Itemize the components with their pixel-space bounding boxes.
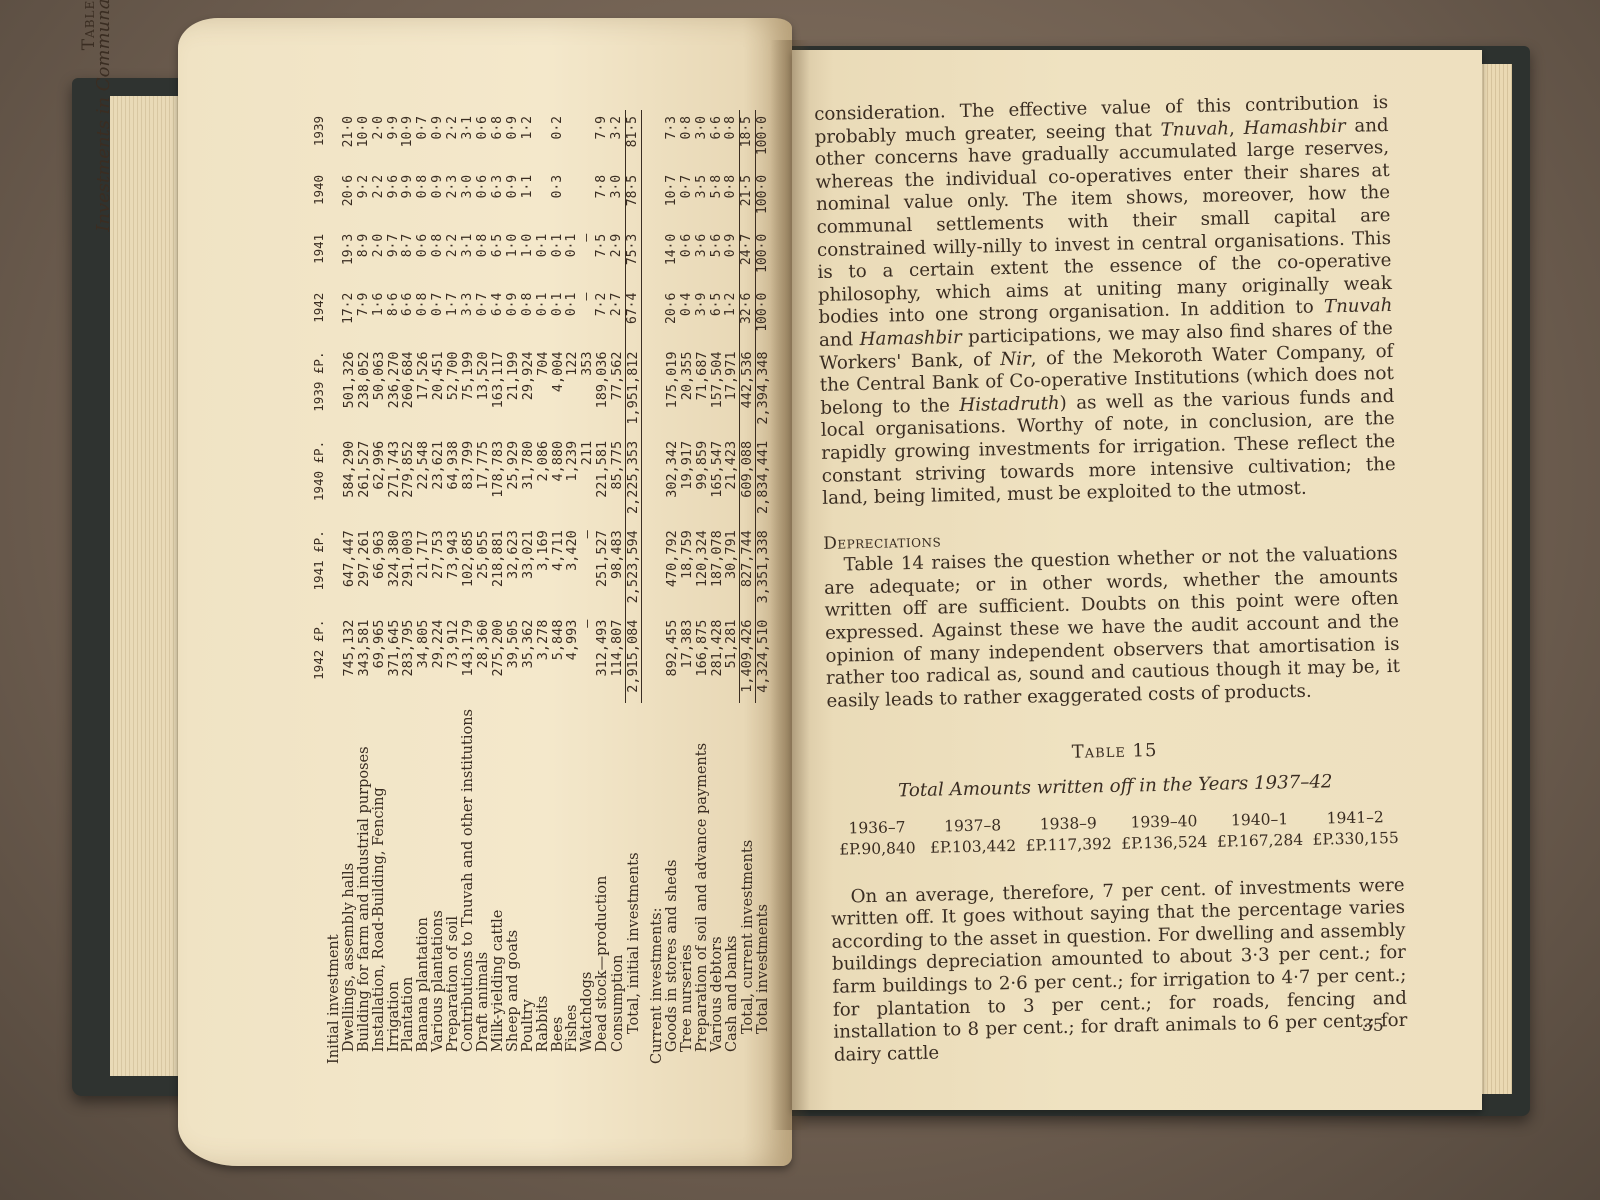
amount-cell: 22,548 — [416, 435, 431, 524]
amount-cell: 371,645 — [387, 614, 402, 703]
amount-cell: 4,880 — [551, 435, 566, 524]
amount-cell: 29,224 — [431, 614, 446, 703]
percent-cell — [327, 110, 342, 169]
italic-term: Hamashbir — [1243, 115, 1345, 138]
amount-cell: 283,795 — [401, 614, 416, 703]
amount-cell: 3,278 — [536, 614, 551, 703]
row-label: Preparation of soil and advance payments — [695, 703, 710, 1070]
percent-cell: 0·8 — [724, 110, 739, 169]
amount-cell: 19,917 — [680, 435, 695, 524]
percent-cell: — — [580, 228, 595, 287]
percent-cell: 7·3 — [665, 110, 680, 169]
amount-cell: 2,394,348 — [756, 346, 771, 435]
amount-cell: 98,483 — [610, 524, 625, 613]
amount-cell: 17,383 — [680, 614, 695, 703]
amount-cell: 30,791 — [724, 524, 739, 613]
table-row: Initial investment — [327, 110, 342, 1070]
amount-cell: 501,326 — [342, 346, 357, 435]
amount-cell: 271,743 — [387, 435, 402, 524]
percent-cell — [650, 228, 665, 287]
table-14: Table 14 Investments in Communal Settlem… — [312, 110, 782, 1070]
percent-cell: 9·9 — [401, 169, 416, 228]
amount-cell: 189,036 — [595, 346, 610, 435]
page-edges-left — [110, 96, 180, 1076]
percent-cell: 3·0 — [610, 169, 625, 228]
percent-cell: 0·8 — [416, 169, 431, 228]
table-14-title: Investments in Communal Settlements, 193… — [97, 0, 112, 310]
percent-cell: 0·1 — [536, 287, 551, 346]
percent-cell: 100·0 — [756, 228, 771, 287]
amount-cell: 609,088 — [740, 435, 756, 524]
amount-cell — [650, 346, 665, 435]
amount-cell: 291,003 — [401, 524, 416, 613]
amount-cell: 166,875 — [695, 614, 710, 703]
amount-cell: 17,971 — [724, 346, 739, 435]
amount-cell: 175,019 — [665, 346, 680, 435]
amount-cell: 178,783 — [491, 435, 506, 524]
row-label: Poultry — [521, 703, 536, 1070]
percent-cell: 1·2 — [724, 287, 739, 346]
amount-cell: 745,132 — [342, 614, 357, 703]
paragraph-2: Table 14 raises the question whether or … — [823, 543, 1400, 713]
amount-cell: 143,179 — [461, 614, 476, 703]
percent-cell — [327, 287, 342, 346]
table-row: Preparation of soil and advance payments… — [695, 110, 710, 1070]
percent-cell: 0·8 — [521, 287, 536, 346]
percent-cell — [580, 110, 595, 169]
table-row: Rabbits3,2783,1692,0867040·10·1 — [536, 110, 551, 1070]
amount-cell: 892,455 — [665, 614, 680, 703]
percent-cell: 32·6 — [740, 287, 756, 346]
amount-cell: 4,004 — [551, 346, 566, 435]
percent-cell — [580, 169, 595, 228]
percent-cell: 67·4 — [626, 287, 642, 346]
table-row: Contributions to Tnuvah and other instit… — [461, 110, 476, 1070]
percent-cell: 2·0 — [372, 228, 387, 287]
percent-cell: — — [580, 287, 595, 346]
amount-cell — [650, 524, 665, 613]
amount-cell: 17,775 — [476, 435, 491, 524]
percent-cell: 8·7 — [401, 228, 416, 287]
amount-cell: 18,759 — [680, 524, 695, 613]
amount-cell: 353 — [580, 346, 595, 435]
table-row: Goods in stores and sheds892,455470,7923… — [665, 110, 680, 1070]
percent-cell: 8·6 — [387, 287, 402, 346]
percent-cell: 1·7 — [446, 287, 461, 346]
amount-cell: 73,943 — [446, 524, 461, 613]
percent-cell: 17·2 — [342, 287, 357, 346]
table-15-year: 1940–1 — [1212, 808, 1308, 831]
table-15-number: Table 15 — [827, 735, 1401, 770]
amount-cell: 279,852 — [401, 435, 416, 524]
col-header: 1941 £P. — [312, 524, 327, 613]
amount-cell: 5,848 — [551, 614, 566, 703]
amount-cell: 64,938 — [446, 435, 461, 524]
book-gutter — [770, 40, 810, 1130]
amount-cell: 163,117 — [491, 346, 506, 435]
amount-cell: 75,199 — [461, 346, 476, 435]
amount-cell: 236,270 — [387, 346, 402, 435]
amount-cell: — — [580, 614, 595, 703]
amount-cell: 442,536 — [740, 346, 756, 435]
percent-cell: 0·7 — [416, 110, 431, 169]
table-row: Various debtors281,428187,078165,547157,… — [710, 110, 725, 1070]
amount-cell: 99,859 — [695, 435, 710, 524]
amount-cell: 1,951,812 — [626, 346, 642, 435]
amount-cell: 25,055 — [476, 524, 491, 613]
row-label: Preparation of soil — [446, 703, 461, 1070]
amount-cell: 647,447 — [342, 524, 357, 613]
amount-cell: 218,881 — [491, 524, 506, 613]
amount-cell — [327, 614, 342, 703]
col-header: 1942 £P. — [312, 614, 327, 703]
amount-cell: 238,052 — [357, 346, 372, 435]
percent-cell: 0·9 — [431, 110, 446, 169]
percent-cell: 3·2 — [610, 110, 625, 169]
row-label: Irrigation — [387, 703, 402, 1070]
table-15-title: Total Amounts written off in the Years 1… — [828, 770, 1402, 805]
table-15-amount: £P.330,155 — [1308, 827, 1404, 850]
percent-cell: 0·9 — [506, 287, 521, 346]
table-row: Consumption114,80798,48385,77577,5622·72… — [610, 110, 625, 1070]
paragraph-1: consideration. The effective value of th… — [814, 92, 1396, 511]
percent-cell: 0·1 — [536, 228, 551, 287]
italic-term: Nir — [1000, 348, 1031, 370]
table-row: Various plantations29,22427,75323,62120,… — [431, 110, 446, 1070]
table-15-amount: £P.136,524 — [1116, 831, 1212, 854]
table-row: Sheep and goats39,50532,62325,92921,1990… — [506, 110, 521, 1070]
amount-cell: — — [580, 524, 595, 613]
table-15-year: 1941–2 — [1307, 806, 1403, 829]
percent-cell: 0·9 — [506, 110, 521, 169]
table-15-amount: £P.167,284 — [1212, 829, 1308, 852]
amount-cell: 827,744 — [740, 524, 756, 613]
amount-cell: 275,200 — [491, 614, 506, 703]
amount-cell: 83,799 — [461, 435, 476, 524]
percent-cell: 0·3 — [551, 169, 566, 228]
row-label: Plantation — [401, 703, 416, 1070]
amount-cell: 73,912 — [446, 614, 461, 703]
percent-cell: 9·6 — [387, 169, 402, 228]
row-label: Bees — [551, 703, 566, 1070]
amount-cell: 4,324,510 — [756, 614, 771, 703]
amount-cell: 25,929 — [506, 435, 521, 524]
amount-cell: 31,780 — [521, 435, 536, 524]
table-row: Watchdogs——211353—— — [580, 110, 595, 1070]
amount-cell: 261,527 — [357, 435, 372, 524]
row-label: Building for farm and industrial purpose… — [357, 703, 372, 1070]
percent-cell: 3·1 — [461, 110, 476, 169]
percent-cell: 100·0 — [756, 169, 771, 228]
amount-cell: 27,753 — [431, 524, 446, 613]
table-row: Installation, Road-Building, Fencing69,9… — [372, 110, 387, 1070]
amount-cell: 2,523,594 — [626, 524, 642, 613]
percent-cell: 7·2 — [595, 287, 610, 346]
percent-cell: 1·6 — [372, 287, 387, 346]
amount-cell: 297,261 — [357, 524, 372, 613]
row-label: Fishes — [565, 703, 580, 1070]
percent-cell: 9·2 — [357, 169, 372, 228]
amount-cell: 312,493 — [595, 614, 610, 703]
percent-cell: 7·8 — [595, 169, 610, 228]
amount-cell: 584,290 — [342, 435, 357, 524]
percent-cell: 3·3 — [461, 287, 476, 346]
percent-cell: 10·0 — [357, 110, 372, 169]
amount-cell: 35,362 — [521, 614, 536, 703]
percent-cell: 0·8 — [724, 169, 739, 228]
amount-cell: 102,685 — [461, 524, 476, 613]
percent-cell: 0·4 — [680, 287, 695, 346]
table-row: Milk-yielding cattle275,200218,881178,78… — [491, 110, 506, 1070]
row-label: Banana plantation — [416, 703, 431, 1070]
percent-cell: 0·8 — [476, 228, 491, 287]
row-label: Watchdogs — [580, 703, 595, 1070]
percent-cell — [650, 110, 665, 169]
table-row: Poultry35,36233,02131,78029,9240·81·01·1… — [521, 110, 536, 1070]
amount-cell: 3,169 — [536, 524, 551, 613]
table-row: Preparation of soil73,91273,94364,93852,… — [446, 110, 461, 1070]
amount-cell: 62,996 — [372, 435, 387, 524]
table-row: Plantation283,795291,003279,852260,6846·… — [401, 110, 416, 1070]
percent-cell: 3·6 — [695, 228, 710, 287]
text-run: , — [1229, 118, 1244, 139]
italic-term: Hamashbir — [859, 327, 961, 350]
amount-cell: 324,380 — [387, 524, 402, 613]
paragraph-3: On an average, therefore, 7 per cent. of… — [830, 874, 1408, 1067]
percent-cell: 7·9 — [357, 287, 372, 346]
text-run: and other concerns have gradually accumu… — [815, 115, 1392, 329]
table-row: Total, current investments1,409,426827,7… — [740, 110, 756, 1070]
text-run: and — [819, 329, 860, 351]
row-label: Total, initial investments — [626, 703, 642, 1070]
row-label: Consumption — [610, 703, 625, 1070]
table-15-year: 1937–8 — [925, 814, 1021, 837]
percent-cell — [650, 287, 665, 346]
percent-cell: 0·2 — [551, 110, 566, 169]
amount-cell: 21,717 — [416, 524, 431, 613]
amount-cell: 343,581 — [357, 614, 372, 703]
percent-cell: 5·6 — [710, 228, 725, 287]
table-row: Draft animals28,36025,05517,77513,5200·7… — [476, 110, 491, 1070]
amount-cell — [650, 435, 665, 524]
percent-cell: 0·8 — [680, 110, 695, 169]
amount-cell: 21,423 — [724, 435, 739, 524]
percent-cell: 1·2 — [521, 110, 536, 169]
percent-cell: 7·9 — [595, 110, 610, 169]
amount-cell: 165,547 — [710, 435, 725, 524]
percent-cell: 0·1 — [551, 228, 566, 287]
percent-cell: 6·6 — [401, 287, 416, 346]
percent-cell — [565, 110, 580, 169]
amount-cell: 3,420 — [565, 524, 580, 613]
percent-cell: 1·1 — [521, 169, 536, 228]
percent-cell: 14·0 — [665, 228, 680, 287]
percent-cell: 18·5 — [740, 110, 756, 169]
amount-cell: 114,807 — [610, 614, 625, 703]
percent-cell: 9·9 — [387, 110, 402, 169]
amount-cell: 2,915,084 — [626, 614, 642, 703]
percent-cell: 6·6 — [710, 110, 725, 169]
amount-cell: 29,924 — [521, 346, 536, 435]
amount-cell: 2,834,441 — [756, 435, 771, 524]
page-edges-right — [1480, 64, 1512, 1094]
table-row: Banana plantation34,80521,71722,54817,52… — [416, 110, 431, 1070]
amount-cell: 20,451 — [431, 346, 446, 435]
amount-cell: 251,527 — [595, 524, 610, 613]
percent-cell: 3·0 — [695, 110, 710, 169]
amount-cell: 66,963 — [372, 524, 387, 613]
italic-term: Tnuvah — [1324, 295, 1393, 317]
percent-cell: 6·3 — [491, 169, 506, 228]
percent-cell: 78·5 — [626, 169, 642, 228]
amount-cell: 470,792 — [665, 524, 680, 613]
table-15-grid: 1936–7 1937–8 1938–9 1939–40 1940–1 1941… — [829, 806, 1404, 860]
percent-cell: 75·3 — [626, 228, 642, 287]
percent-cell — [327, 169, 342, 228]
amount-cell: 3,351,338 — [756, 524, 771, 613]
percent-cell: 0·6 — [680, 228, 695, 287]
percent-cell: 2·7 — [610, 287, 625, 346]
table-15-year: 1939–40 — [1116, 810, 1212, 833]
amount-cell: 17,526 — [416, 346, 431, 435]
row-label: Various debtors — [710, 703, 725, 1070]
percent-cell — [565, 169, 580, 228]
amount-cell: 1,239 — [565, 435, 580, 524]
percent-cell: 100·0 — [756, 287, 771, 346]
percent-cell: 0·7 — [476, 287, 491, 346]
row-label: Contributions to Tnuvah and other instit… — [461, 703, 476, 1070]
page-number: 35 — [1362, 1016, 1384, 1036]
percent-cell — [327, 228, 342, 287]
percent-cell: 0·7 — [680, 169, 695, 228]
percent-cell: 0·6 — [476, 110, 491, 169]
percent-cell: 0·1 — [565, 287, 580, 346]
row-label: Milk-yielding cattle — [491, 703, 506, 1070]
amount-cell: 187,078 — [710, 524, 725, 613]
table-14-caption: Table 14 Investments in Communal Settlem… — [82, 0, 112, 310]
percent-cell — [536, 169, 551, 228]
percent-cell: 0·7 — [431, 287, 446, 346]
percent-cell: 2·2 — [446, 110, 461, 169]
amount-cell: 77,562 — [610, 346, 625, 435]
row-label: Total, current investments — [740, 703, 756, 1070]
percent-cell: 0·8 — [431, 228, 446, 287]
table-row: Building for farm and industrial purpose… — [357, 110, 372, 1070]
percent-cell: 100·0 — [756, 110, 771, 169]
percent-cell: 21·5 — [740, 169, 756, 228]
row-label: Installation, Road-Building, Fencing — [372, 703, 387, 1070]
row-label: Current investments: — [650, 703, 665, 1070]
percent-cell: 0·9 — [431, 169, 446, 228]
table-row: Dead stock—production312,493251,527221,5… — [595, 110, 610, 1070]
amount-cell — [327, 346, 342, 435]
percent-cell: 7·5 — [595, 228, 610, 287]
row-label: Dead stock—production — [595, 703, 610, 1070]
row-label: Various plantations — [431, 703, 446, 1070]
percent-cell: 2·0 — [372, 110, 387, 169]
amount-cell: 23,621 — [431, 435, 446, 524]
amount-cell: 302,342 — [665, 435, 680, 524]
table-row: Total, initial investments2,915,0842,523… — [626, 110, 642, 1070]
right-page-text: consideration. The effective value of th… — [814, 92, 1408, 1067]
table-15-year: 1938–9 — [1020, 812, 1116, 835]
col-header: 1942 — [312, 287, 327, 346]
percent-cell: 0·9 — [724, 228, 739, 287]
col-header: 1939 £P. — [312, 346, 327, 435]
row-label: Cash and banks — [724, 703, 739, 1070]
percent-cell: 21·0 — [342, 110, 357, 169]
percent-cell: 0·8 — [416, 287, 431, 346]
col-header: 1940 £P. — [312, 435, 327, 524]
italic-term: Tnuvah — [1160, 118, 1229, 140]
table-row: Dwellings, assembly halls745,132647,4475… — [342, 110, 357, 1070]
percent-cell: 10·7 — [665, 169, 680, 228]
amount-cell: 34,805 — [416, 614, 431, 703]
percent-cell: 5·8 — [710, 169, 725, 228]
amount-cell — [327, 435, 342, 524]
row-label: Draft animals — [476, 703, 491, 1070]
percent-cell: 0·6 — [416, 228, 431, 287]
amount-cell: 39,505 — [506, 614, 521, 703]
table-header-row: 1942 £P. 1941 £P. 1940 £P. 1939 £P. 1942… — [312, 110, 327, 1070]
amount-cell: 32,623 — [506, 524, 521, 613]
amount-cell: 2,086 — [536, 435, 551, 524]
percent-cell: 8·9 — [357, 228, 372, 287]
percent-cell: 19·3 — [342, 228, 357, 287]
table-15-amount: £P.103,442 — [925, 835, 1021, 858]
table-row: Fishes4,9933,4201,2391220·10·1 — [565, 110, 580, 1070]
percent-cell: 81·5 — [626, 110, 642, 169]
percent-cell: 3·1 — [461, 228, 476, 287]
table-row: Bees5,8484,7114,8804,0040·10·10·30·2 — [551, 110, 566, 1070]
amount-cell: 157,504 — [710, 346, 725, 435]
amount-cell — [327, 524, 342, 613]
amount-cell: 28,360 — [476, 614, 491, 703]
percent-cell: 0·9 — [506, 169, 521, 228]
row-label: Goods in stores and sheds — [665, 703, 680, 1070]
percent-cell: 1·0 — [521, 228, 536, 287]
amount-cell: 52,700 — [446, 346, 461, 435]
percent-cell: 9·7 — [387, 228, 402, 287]
percent-cell: 2·2 — [372, 169, 387, 228]
col-header: 1939 — [312, 110, 327, 169]
percent-cell: 2·3 — [446, 169, 461, 228]
amount-cell — [650, 614, 665, 703]
table-15-amount: £P.90,840 — [829, 837, 925, 860]
table-15-amount: £P.117,392 — [1021, 833, 1117, 856]
amount-cell: 71,687 — [695, 346, 710, 435]
amount-cell: 4,711 — [551, 524, 566, 613]
row-label: Sheep and goats — [506, 703, 521, 1070]
percent-cell: 6·5 — [710, 287, 725, 346]
amount-cell: 4,993 — [565, 614, 580, 703]
table-row: Tree nurseries17,38318,75919,91720,3550·… — [680, 110, 695, 1070]
table-15-year: 1936–7 — [829, 816, 925, 839]
amount-cell: 221,581 — [595, 435, 610, 524]
amount-cell: 33,021 — [521, 524, 536, 613]
table-row: Current investments: — [650, 110, 665, 1070]
percent-cell: 6·4 — [491, 287, 506, 346]
amount-cell: 13,520 — [476, 346, 491, 435]
percent-cell: 20·6 — [665, 287, 680, 346]
amount-cell: 51,281 — [724, 614, 739, 703]
amount-cell: 85,775 — [610, 435, 625, 524]
amount-cell: 704 — [536, 346, 551, 435]
table-row: Cash and banks51,28130,79121,42317,9711·… — [724, 110, 739, 1070]
amount-cell: 260,684 — [401, 346, 416, 435]
amount-cell: 20,355 — [680, 346, 695, 435]
table-14-grid: 1942 £P. 1941 £P. 1940 £P. 1939 £P. 1942… — [312, 110, 771, 1070]
